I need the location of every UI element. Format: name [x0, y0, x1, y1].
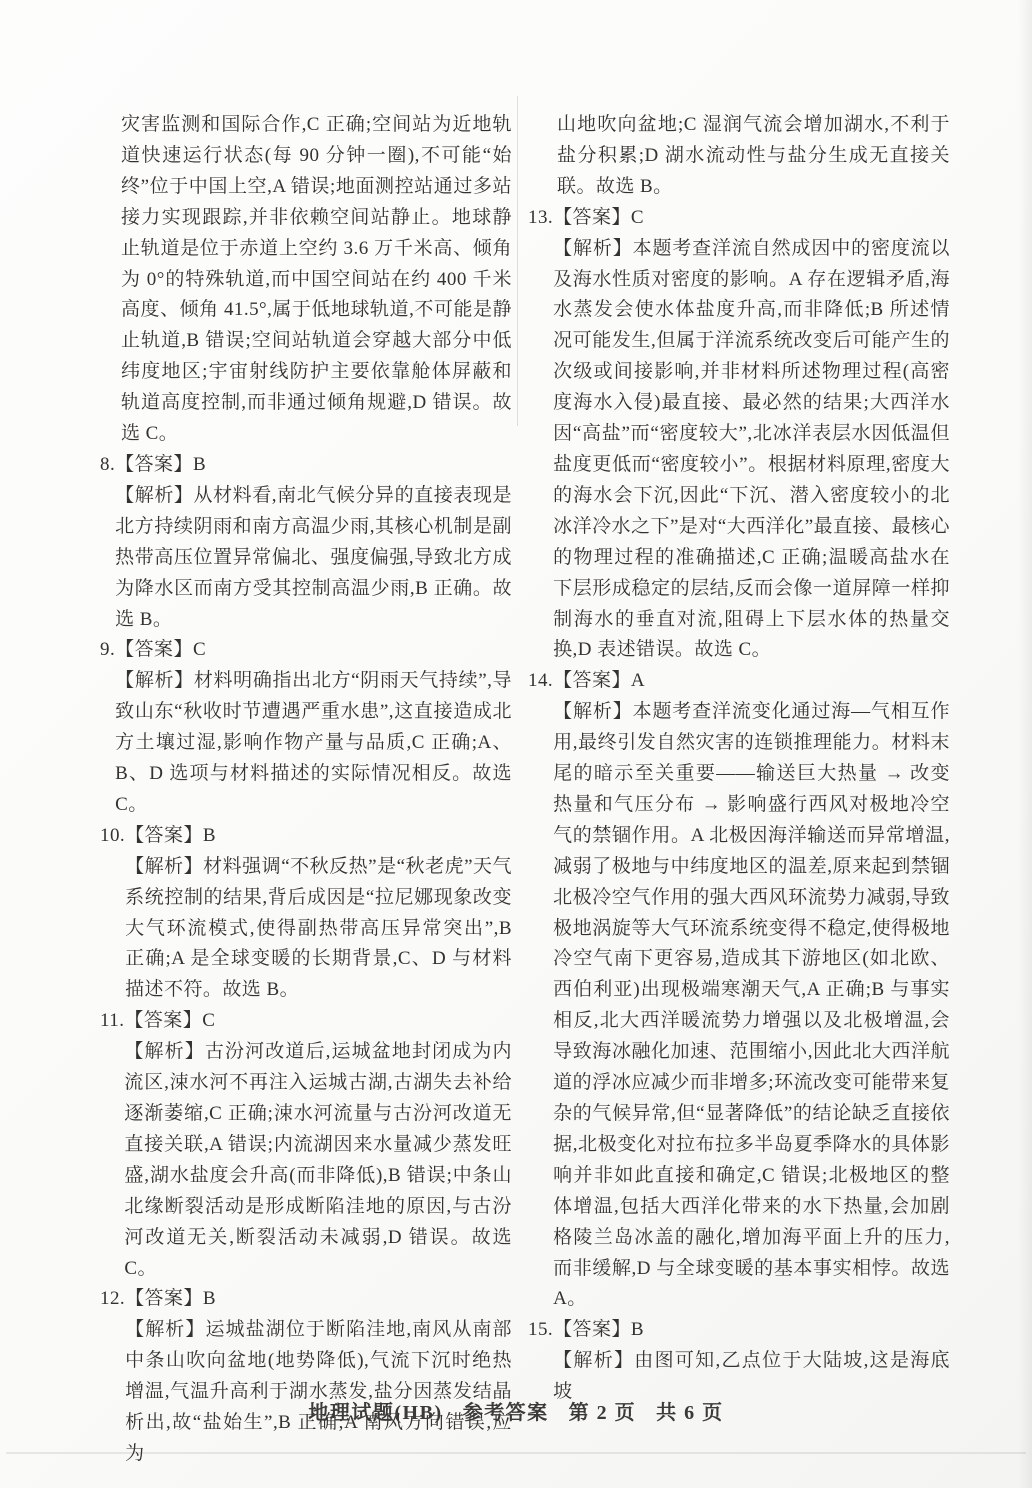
answer-letter: B — [193, 454, 206, 475]
answer-item-8: 8. 【答案】B 【解析】从材料看,南北气候分异的直接表现是北方持续阴雨和南方高… — [100, 450, 512, 635]
item-body: 【答案】B 【解析】材料强调“不秋反热”是“秋老虎”天气系统控制的结果,背后成因… — [125, 821, 512, 1006]
answer-letter: B — [203, 1288, 216, 1309]
answer-label: 【答案】 — [124, 1010, 202, 1031]
answer-label: 【答案】 — [115, 454, 193, 475]
analysis-label: 【解析】 — [553, 238, 632, 259]
continuation-paragraph-q12: 山地吹向盆地;C 湿润气流会增加湖水,不利于盐分积累;D 湖水流动性与盐分生成无… — [528, 110, 950, 203]
item-body: 【答案】C 【解析】本题考查洋流自然成因中的密度流以及海水性质对密度的影响。A … — [553, 203, 950, 667]
answer-label: 【答案】 — [553, 670, 631, 691]
item-body: 【答案】B 【解析】由图可知,乙点位于大陆坡,这是海底坡 — [553, 1315, 950, 1408]
answer-line: 【答案】C — [553, 203, 950, 234]
right-column: 山地吹向盆地;C 湿润气流会增加湖水,不利于盐分积累;D 湖水流动性与盐分生成无… — [528, 110, 950, 1470]
item-body: 【答案】C 【解析】材料明确指出北方“阴雨天气持续”,导致山东“秋收时节遭遇严重… — [115, 635, 512, 820]
page-footer: 地理试题(HB)参考答案第 2 页共 6 页 — [0, 1396, 1032, 1425]
two-column-body: 灾害监测和国际合作,C 正确;空间站为近地轨道快速运行状态(每 90 分钟一圈)… — [100, 110, 950, 1470]
analysis-text: 材料明确指出北方“阴雨天气持续”,导致山东“秋收时节遭遇严重水患”,这直接造成北… — [115, 670, 512, 815]
analysis-paragraph: 【解析】本题考查洋流自然成因中的密度流以及海水性质对密度的影响。A 存在逻辑矛盾… — [553, 234, 950, 667]
analysis-text: 本题考查洋流变化通过海—气相互作用,最终引发自然灾害的连锁推理能力。材料末尾的暗… — [553, 701, 950, 1309]
answer-label: 【答案】 — [115, 639, 193, 660]
analysis-text: 古汾河改道后,运城盆地封闭成为内流区,涑水河不再注入运城古湖,古湖失去补给逐渐萎… — [124, 1041, 512, 1278]
answer-item-9: 9. 【答案】C 【解析】材料明确指出北方“阴雨天气持续”,导致山东“秋收时节遭… — [100, 635, 512, 820]
answer-line: 【答案】C — [124, 1006, 512, 1037]
answer-item-13: 13. 【答案】C 【解析】本题考查洋流自然成因中的密度流以及海水性质对密度的影… — [528, 203, 950, 667]
analysis-label: 【解析】 — [553, 701, 632, 722]
answer-line: 【答案】A — [553, 666, 950, 697]
answer-line: 【答案】B — [553, 1315, 950, 1346]
item-number: 15. — [528, 1315, 553, 1346]
item-number: 14. — [528, 666, 553, 697]
analysis-label: 【解析】 — [115, 670, 194, 691]
answer-item-10: 10. 【答案】B 【解析】材料强调“不秋反热”是“秋老虎”天气系统控制的结果,… — [100, 821, 512, 1006]
analysis-label: 【解析】 — [125, 1319, 205, 1340]
analysis-paragraph: 【解析】本题考查洋流变化通过海—气相互作用,最终引发自然灾害的连锁推理能力。材料… — [553, 697, 950, 1315]
answer-letter: C — [631, 207, 644, 228]
analysis-paragraph: 【解析】从材料看,南北气候分异的直接表现是北方持续阴雨和南方高温少雨,其核心机制… — [115, 481, 512, 636]
left-column: 灾害监测和国际合作,C 正确;空间站为近地轨道快速运行状态(每 90 分钟一圈)… — [100, 110, 512, 1470]
answer-line: 【答案】B — [115, 450, 512, 481]
answer-letter: C — [193, 639, 206, 660]
answer-line: 【答案】B — [125, 1284, 512, 1315]
answer-line: 【答案】B — [125, 821, 512, 852]
analysis-label: 【解析】 — [125, 856, 203, 877]
item-number: 11. — [100, 1006, 124, 1037]
item-number: 12. — [100, 1284, 125, 1315]
footer-page-number: 第 2 页 — [569, 1402, 637, 1424]
analysis-paragraph: 【解析】材料强调“不秋反热”是“秋老虎”天气系统控制的结果,背后成因是“拉尼娜现… — [125, 852, 512, 1007]
answer-letter: A — [631, 670, 645, 691]
item-number: 8. — [100, 450, 115, 481]
answer-label: 【答案】 — [553, 1319, 631, 1340]
analysis-paragraph: 【解析】材料明确指出北方“阴雨天气持续”,导致山东“秋收时节遭遇严重水患”,这直… — [115, 666, 512, 821]
footer-section-title: 参考答案 — [463, 1402, 549, 1424]
answer-item-12: 12. 【答案】B 【解析】运城盐湖位于断陷洼地,南风从南部中条山吹向盆地(地势… — [100, 1284, 512, 1469]
answer-item-11: 11. 【答案】C 【解析】古汾河改道后,运城盆地封闭成为内流区,涑水河不再注入… — [100, 1006, 512, 1284]
footer-total-pages: 共 6 页 — [656, 1402, 724, 1424]
answer-line: 【答案】C — [115, 635, 512, 666]
item-body: 【答案】C 【解析】古汾河改道后,运城盆地封闭成为内流区,涑水河不再注入运城古湖… — [124, 1006, 512, 1284]
scan-right-edge-shadow — [1018, 0, 1032, 1488]
answer-letter: B — [631, 1319, 644, 1340]
analysis-text: 材料强调“不秋反热”是“秋老虎”天气系统控制的结果,背后成因是“拉尼娜现象改变大… — [125, 856, 512, 1001]
item-body: 【答案】B 【解析】从材料看,南北气候分异的直接表现是北方持续阴雨和南方高温少雨… — [115, 450, 512, 635]
analysis-text: 从材料看,南北气候分异的直接表现是北方持续阴雨和南方高温少雨,其核心机制是副热带… — [115, 485, 512, 630]
analysis-label: 【解析】 — [124, 1041, 205, 1062]
answer-letter: B — [203, 825, 216, 846]
continuation-paragraph-q7: 灾害监测和国际合作,C 正确;空间站为近地轨道快速运行状态(每 90 分钟一圈)… — [100, 110, 512, 450]
item-number: 10. — [100, 821, 125, 852]
analysis-text: 运城盐湖位于断陷洼地,南风从南部中条山吹向盆地(地势降低),气流下沉时绝热增温,… — [125, 1319, 512, 1464]
answer-label: 【答案】 — [125, 1288, 203, 1309]
analysis-paragraph: 【解析】运城盐湖位于断陷洼地,南风从南部中条山吹向盆地(地势降低),气流下沉时绝… — [125, 1315, 512, 1470]
item-number: 9. — [100, 635, 115, 666]
item-body: 【答案】B 【解析】运城盐湖位于断陷洼地,南风从南部中条山吹向盆地(地势降低),… — [125, 1284, 512, 1469]
answer-letter: C — [202, 1010, 215, 1031]
analysis-paragraph: 【解析】古汾河改道后,运城盆地封闭成为内流区,涑水河不再注入运城古湖,古湖失去补… — [124, 1037, 512, 1284]
analysis-label: 【解析】 — [553, 1350, 634, 1371]
answer-label: 【答案】 — [553, 207, 631, 228]
answer-item-15: 15. 【答案】B 【解析】由图可知,乙点位于大陆坡,这是海底坡 — [528, 1315, 950, 1408]
answer-key-page: 灾害监测和国际合作,C 正确;空间站为近地轨道快速运行状态(每 90 分钟一圈)… — [0, 0, 1032, 1488]
footer-exam-title: 地理试题(HB) — [308, 1402, 442, 1424]
answer-item-14: 14. 【答案】A 【解析】本题考查洋流变化通过海—气相互作用,最终引发自然灾害… — [528, 666, 950, 1315]
item-body: 【答案】A 【解析】本题考查洋流变化通过海—气相互作用,最终引发自然灾害的连锁推… — [553, 666, 950, 1315]
answer-label: 【答案】 — [125, 825, 203, 846]
analysis-text: 本题考查洋流自然成因中的密度流以及海水性质对密度的影响。A 存在逻辑矛盾,海水蒸… — [553, 238, 950, 661]
analysis-label: 【解析】 — [115, 485, 193, 506]
item-number: 13. — [528, 203, 553, 234]
